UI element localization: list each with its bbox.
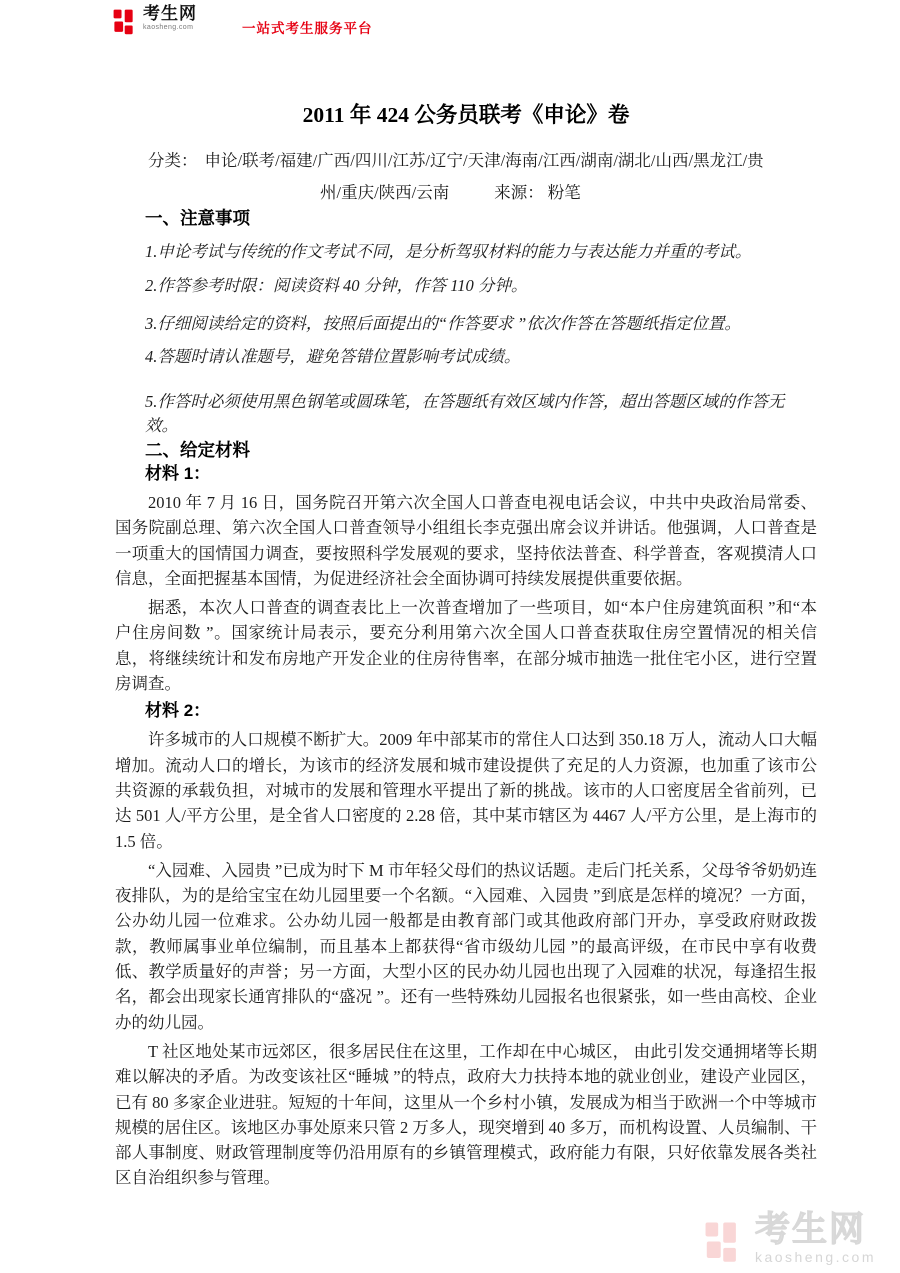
material-paragraph: T 社区地处某市远郊区，很多居民住在这里，工作却在中心城区， 由此引发交通拥堵等… [115, 1039, 817, 1191]
notice-item: 2.作答参考时限：阅读资料 40 分钟，作答 110 分钟。 [145, 274, 817, 298]
watermark-name: 考生网 [755, 1212, 876, 1247]
classification-line1: 分类：申论/联考/福建/广西/四川/江苏/辽宁/天津/海南/江西/湖南/湖北/山… [115, 148, 817, 174]
watermark: 考生网 kaosheng.com [703, 1212, 876, 1265]
source-value: 粉笔 [548, 183, 581, 202]
material-2-label: 材料 2： [145, 699, 817, 723]
material-paragraph: 许多城市的人口规模不断扩大。2009 年中部某市的常住人口达到 350.18 万… [115, 727, 817, 853]
source-field: 来源：粉笔 [494, 183, 581, 202]
page-title: 2011 年 424 公务员联考《申论》卷 [115, 100, 817, 130]
material-paragraph: 据悉，本次人口普查的调查表比上一次普查增加了一些项目，如“本户住房建筑面积 ”和… [115, 595, 817, 696]
material-paragraph: “入园难、入园贵 ”已成为时下 M 市年轻父母们的热议话题。走后门托关系，父母爷… [115, 858, 817, 1035]
watermark-domain: kaosheng.com [755, 1250, 876, 1264]
document-content: 2011 年 424 公务员联考《申论》卷 分类：申论/联考/福建/广西/四川/… [115, 0, 817, 1194]
watermark-text-block: 考生网 kaosheng.com [755, 1212, 876, 1264]
material-1-label: 材料 1： [145, 462, 817, 486]
source-label: 来源： [494, 183, 544, 202]
notice-item: 4.答题时请认准题号，避免答错位置影响考试成绩。 [145, 345, 817, 369]
notice-item: 3.仔细阅读给定的资料，按照后面提出的“作答要求 ”依次作答在答题纸指定位置。 [145, 312, 817, 336]
notice-item: 1.申论考试与传统的作文考试不同，是分析驾驭材料的能力与表达能力并重的考试。 [145, 240, 817, 264]
classification-label: 分类： [148, 151, 198, 170]
notice-item: 5.作答时必须使用黑色钢笔或圆珠笔，在答题纸有效区域内作答，超出答题区域的作答无… [145, 390, 817, 438]
material-paragraph: 2010 年 7 月 16 日，国务院召开第六次全国人口普查电视电话会议，中共中… [115, 490, 817, 591]
section-heading-notices: 一、注意事项 [145, 206, 817, 230]
classification-line2: 州/重庆/陕西/云南来源：粉笔 [115, 180, 817, 206]
section-heading-materials: 二、给定材料 [145, 438, 817, 462]
watermark-logo-icon [703, 1218, 746, 1265]
classification-row: 分类：申论/联考/福建/广西/四川/江苏/辽宁/天津/海南/江西/湖南/湖北/山… [115, 148, 817, 206]
classification-text-line2: 州/重庆/陕西/云南 [320, 183, 449, 202]
classification-text-line1: 申论/联考/福建/广西/四川/江苏/辽宁/天津/海南/江西/湖南/湖北/山西/黑… [205, 151, 764, 170]
document-page: 考生网 kaosheng.com 一站式考生服务平台 2011 年 424 公务… [0, 0, 900, 1273]
